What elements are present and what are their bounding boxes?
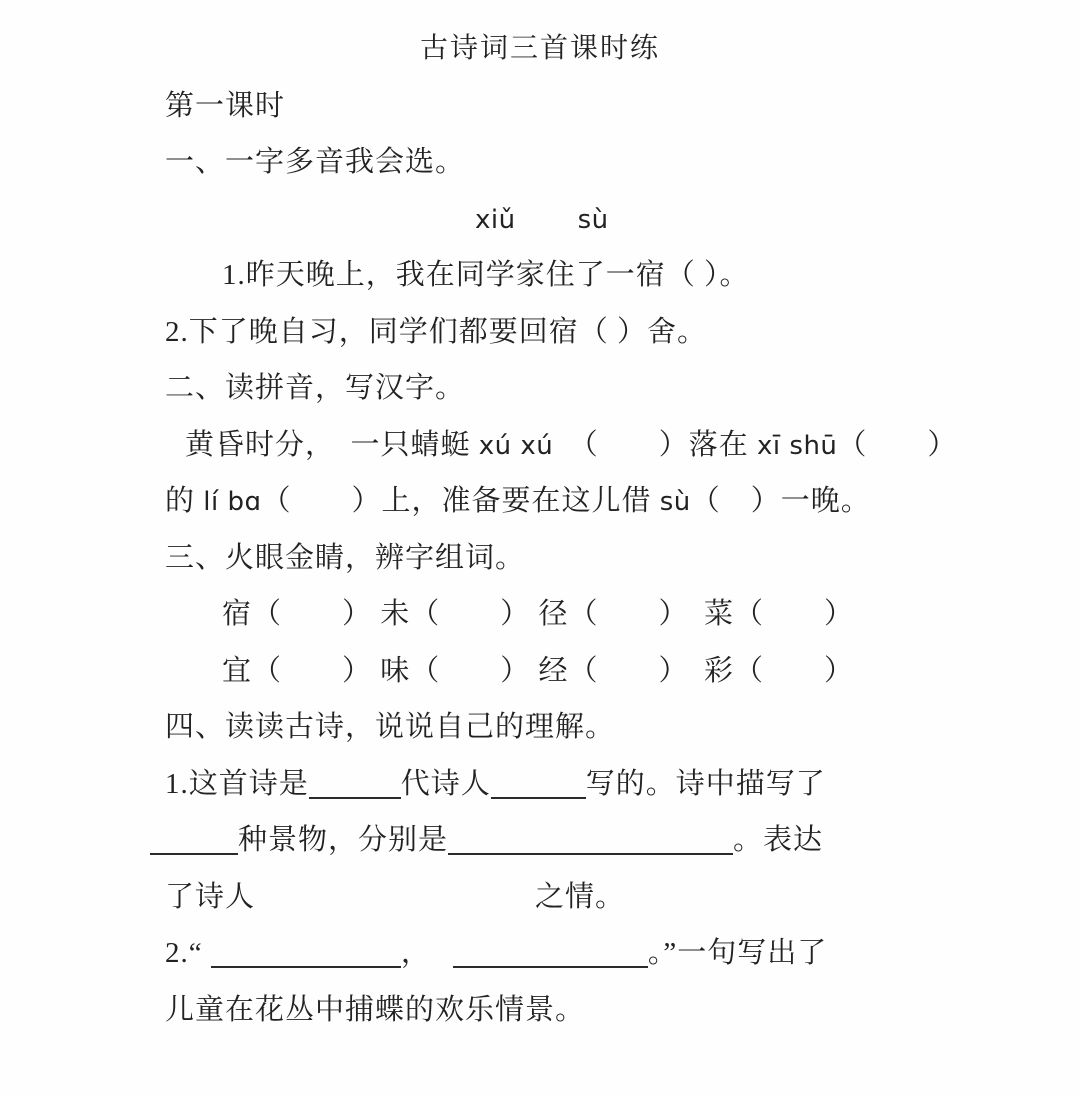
fill-in-blank	[453, 960, 648, 968]
pinyin-run: sù	[578, 205, 609, 235]
text-run: 宿（ ） 未（ ） 径（ ） 菜（ ）	[222, 598, 854, 630]
section-4-item-2-line-2: 儿童在花丛中捕蝶的欢乐情景。	[0, 982, 1080, 1039]
text-run: 种景物，分别是	[238, 824, 448, 856]
text-run: 。表达	[733, 824, 823, 856]
text-run: 之情。	[535, 881, 625, 913]
text-run: 1.昨天晚上，我在同学家住了一宿（ ）。	[222, 259, 750, 291]
blank-space	[516, 227, 578, 228]
text-run: 了诗人	[165, 881, 255, 913]
blank-space	[255, 905, 535, 906]
text-run: 一、一字多音我会选。	[165, 146, 465, 178]
text-run: （ ）落在	[553, 429, 757, 461]
section-4-item-1-line-3: 了诗人之情。	[0, 869, 1080, 926]
section-3-row-2: 宜（ ） 味（ ） 经（ ） 彩（ ）	[0, 643, 1080, 700]
worksheet-page: 古诗词三首课时练 第一课时 一、一字多音我会选。 xiǔsù 1.昨天晚上，我在…	[0, 0, 1080, 1096]
text-run: 宜（ ） 味（ ） 经（ ） 彩（ ）	[222, 655, 854, 687]
text-run: （ ）一晚。	[691, 485, 871, 517]
text-run: ，	[401, 937, 431, 969]
pinyin-run: xiǔ	[475, 205, 516, 235]
text-run: 2.下了晚自习，同学们都要回宿（ ）舍。	[165, 316, 707, 348]
text-run: 。”一句写出了	[648, 937, 827, 969]
blank-space	[431, 961, 453, 962]
fill-in-blank	[491, 791, 586, 799]
text-run: （ ）	[837, 429, 957, 461]
text-run: 古诗词三首课时练	[420, 33, 660, 64]
text-run: 三、火眼金睛，辨字组词。	[165, 542, 525, 574]
text-run: 的	[165, 485, 203, 517]
text-run: 儿童在花丛中捕蝶的欢乐情景。	[165, 994, 585, 1026]
fill-in-blank	[309, 791, 401, 799]
pinyin-run: xú xú	[479, 431, 554, 461]
pinyin-run: sù	[660, 487, 691, 517]
doc-title: 古诗词三首课时练	[0, 21, 1080, 78]
section-4-item-1-line-2: 种景物，分别是。表达	[0, 812, 1080, 869]
fill-in-blank	[150, 847, 238, 855]
text-run: 2.“	[165, 937, 211, 969]
section-1-item-2: 2.下了晚自习，同学们都要回宿（ ）舍。	[0, 304, 1080, 361]
section-2-heading: 二、读拼音，写汉字。	[0, 360, 1080, 417]
text-run: 写的。诗中描写了	[586, 768, 826, 800]
text-run: 四、读读古诗，说说自己的理解。	[165, 711, 615, 743]
section-2-passage-line-2: 的 lí bɑ（ ）上，准备要在这儿借 sù（ ）一晚。	[0, 473, 1080, 530]
pinyin-choices: xiǔsù	[0, 191, 1080, 248]
section-4-item-2-line-1: 2.“ ，。”一句写出了	[0, 925, 1080, 982]
section-3-row-1: 宿（ ） 未（ ） 径（ ） 菜（ ）	[0, 586, 1080, 643]
session-heading: 第一课时	[0, 78, 1080, 135]
section-2-passage-line-1: 黄昏时分， 一只蜻蜓 xú xú （ ）落在 xī shū（ ）	[0, 417, 1080, 474]
fill-in-blank	[211, 960, 401, 968]
text-run: 黄昏时分， 一只蜻蜓	[185, 429, 479, 461]
text-run: 二、读拼音，写汉字。	[165, 372, 465, 404]
pinyin-run: lí bɑ	[203, 487, 261, 517]
section-4-item-1-line-1: 1.这首诗是代诗人写的。诗中描写了	[0, 756, 1080, 813]
text-run: 1.这首诗是	[165, 768, 309, 800]
section-4-heading: 四、读读古诗，说说自己的理解。	[0, 699, 1080, 756]
text-run: 代诗人	[401, 768, 491, 800]
section-3-heading: 三、火眼金睛，辨字组词。	[0, 530, 1080, 587]
text-run: 第一课时	[165, 90, 285, 122]
section-1-item-1: 1.昨天晚上，我在同学家住了一宿（ ）。	[0, 247, 1080, 304]
pinyin-run: xī shū	[757, 431, 837, 461]
text-run: （ ）上，准备要在这儿借	[262, 485, 660, 517]
section-1-heading: 一、一字多音我会选。	[0, 134, 1080, 191]
fill-in-blank	[448, 847, 733, 855]
